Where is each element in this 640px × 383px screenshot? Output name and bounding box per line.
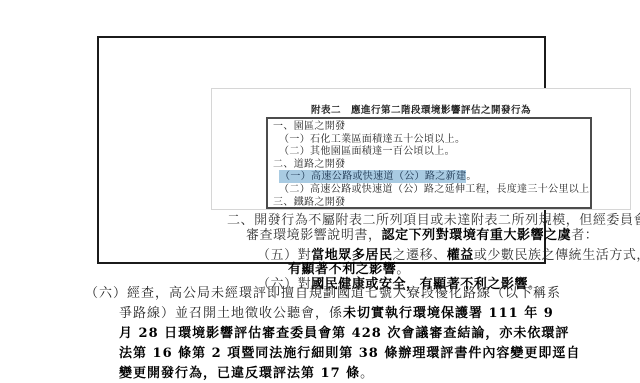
paragraph-line: （六）經查，高公局未經環評即擅自規劃國道七號大寮段優化路線（以下稱系 bbox=[85, 282, 561, 301]
appendix-table-title: 附表二 應進行第二階段環境影響評估之開發行為 bbox=[212, 102, 630, 116]
paragraph-line: 法第 16 條第 2 項暨同法施行細則第 38 條辦理環評書件內容變更即逕自 bbox=[119, 342, 580, 361]
table-row: （二）其他園區面積達一百公頃以上。 bbox=[273, 146, 590, 159]
table-row: （二）高速公路或快速道（公）路之延伸工程，長度達三十公里以上。 bbox=[273, 184, 590, 197]
paragraph-line: 爭路線）並召開土地徵收公聽會，係未切實執行環境保護署 111 年 9 bbox=[119, 302, 554, 321]
highlighted-text: （一）高速公路或快速道（公）路之新建 bbox=[279, 170, 466, 183]
document-page: { "colors": { "highlight": "#a9cbe2" }, … bbox=[0, 0, 640, 383]
paragraph-line: 月 28 日環境影響評估審查委員會第 428 次會議審查結論，亦未依環評 bbox=[119, 322, 569, 341]
paragraph-line: 變更開發行為，已違反環評法第 17 條。 bbox=[119, 362, 374, 381]
table-row: （一）石化工業區面積達五十公頃以上。 bbox=[273, 134, 590, 147]
note-line: 審查環境影響說明書，認定下列對環境有重大影響之虞者： bbox=[246, 224, 598, 243]
table-row-highlighted: （一）高速公路或快速道（公）路之新建。 bbox=[273, 171, 590, 184]
table-row: 三、鐵路之開發 bbox=[273, 197, 590, 209]
embedded-screenshot: 附表二 應進行第二階段環境影響評估之開發行為 一、園區之開發 （一）石化工業區面… bbox=[211, 88, 631, 210]
table-row: 一、園區之開發 bbox=[273, 121, 590, 134]
appendix-table: 一、園區之開發 （一）石化工業區面積達五十公頃以上。 （二）其他園區面積達一百公… bbox=[266, 117, 592, 209]
quoted-evidence-box: 附表二 應進行第二階段環境影響評估之開發行為 一、園區之開發 （一）石化工業區面… bbox=[97, 36, 546, 264]
